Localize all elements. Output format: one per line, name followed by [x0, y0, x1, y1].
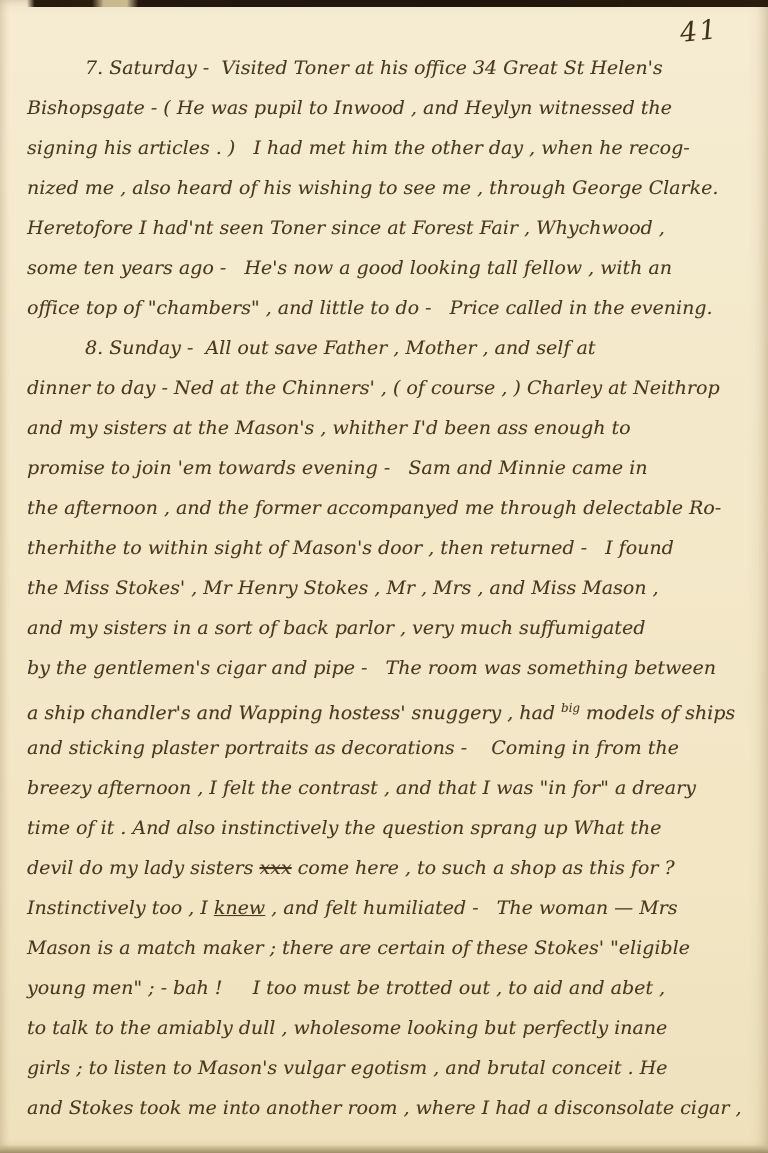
manuscript-line: dinner to day - Ned at the Chinners' , (…	[27, 368, 762, 408]
manuscript-segment: 7. Saturday - Visited Toner at his offic…	[85, 57, 663, 79]
manuscript-line: Mason is a match maker ; there are certa…	[27, 928, 762, 968]
manuscript-segment: Mason is a match maker ; there are certa…	[27, 937, 690, 959]
manuscript-segment: some ten years ago - He's now a good loo…	[27, 257, 672, 279]
manuscript-line: and my sisters at the Mason's , whither …	[27, 408, 762, 448]
manuscript-page: 41 7. Saturday - Visited Toner at his of…	[0, 0, 768, 1153]
manuscript-segment: , and felt humiliated - The woman — Mrs	[265, 897, 677, 919]
manuscript-line: girls ; to listen to Mason's vulgar egot…	[27, 1048, 762, 1088]
manuscript-line: office top of "chambers" , and little to…	[27, 288, 762, 328]
manuscript-line: time of it . And also instinctively the …	[27, 808, 762, 848]
manuscript-line: the afternoon , and the former accompany…	[27, 488, 762, 528]
manuscript-line: by the gentlemen's cigar and pipe - The …	[27, 648, 762, 688]
manuscript-line: and sticking plaster portraits as decora…	[27, 728, 762, 768]
manuscript-line: 8. Sunday - All out save Father , Mother…	[27, 328, 762, 368]
manuscript-line: devil do my lady sisters xxx come here ,…	[27, 848, 762, 888]
manuscript-segment: devil do my lady sisters	[27, 857, 259, 879]
manuscript-segment: promise to join 'em towards evening - Sa…	[27, 457, 647, 479]
manuscript-segment: the Miss Stokes' , Mr Henry Stokes , Mr …	[27, 577, 659, 599]
manuscript-segment: breezy afternoon , I felt the contrast ,…	[27, 777, 696, 799]
manuscript-segment: by the gentlemen's cigar and pipe - The …	[27, 657, 716, 679]
manuscript-segment: office top of "chambers" , and little to…	[27, 297, 713, 319]
manuscript-segment: nized me , also heard of his wishing to …	[27, 177, 718, 199]
manuscript-segment: 8. Sunday - All out save Father , Mother…	[85, 337, 595, 359]
manuscript-segment: and Stokes took me into another room , w…	[27, 1097, 742, 1119]
manuscript-segment: Instinctively too , I	[27, 897, 214, 919]
manuscript-line: some ten years ago - He's now a good loo…	[27, 248, 762, 288]
manuscript-line: breezy afternoon , I felt the contrast ,…	[27, 768, 762, 808]
manuscript-line: and my sisters in a sort of back parlor …	[27, 608, 762, 648]
manuscript-line: Heretofore I had'nt seen Toner since at …	[27, 208, 762, 248]
page-number: 41	[678, 14, 719, 49]
manuscript-line: nized me , also heard of his wishing to …	[27, 168, 762, 208]
manuscript-line: a ship chandler's and Wapping hostess' s…	[27, 688, 762, 728]
manuscript-line: the Miss Stokes' , Mr Henry Stokes , Mr …	[27, 568, 762, 608]
manuscript-segment: to talk to the amiably dull , wholesome …	[27, 1017, 667, 1039]
manuscript-line: and Stokes took me into another room , w…	[27, 1088, 762, 1128]
manuscript-segment-strike: xxx	[259, 857, 291, 879]
manuscript-segment: Bishopsgate - ( He was pupil to Inwood ,…	[27, 97, 672, 119]
manuscript-line: promise to join 'em towards evening - Sa…	[27, 448, 762, 488]
manuscript-line: Bishopsgate - ( He was pupil to Inwood ,…	[27, 88, 762, 128]
manuscript-segment-sup: big	[561, 701, 580, 715]
manuscript-segment: therhithe to within sight of Mason's doo…	[27, 537, 674, 559]
manuscript-line: to talk to the amiably dull , wholesome …	[27, 1008, 762, 1048]
manuscript-line: signing his articles . ) I had met him t…	[27, 128, 762, 168]
manuscript-line: therhithe to within sight of Mason's doo…	[27, 528, 762, 568]
manuscript-segment: models of ships	[580, 702, 735, 724]
manuscript-segment: signing his articles . ) I had met him t…	[27, 137, 690, 159]
manuscript-text: 7. Saturday - Visited Toner at his offic…	[27, 48, 762, 1128]
page-top-edge	[0, 0, 768, 7]
manuscript-segment: come here , to such a shop as this for ?	[292, 857, 675, 879]
page-bottom-edge	[0, 1145, 768, 1153]
manuscript-line: 7. Saturday - Visited Toner at his offic…	[27, 48, 762, 88]
manuscript-segment: time of it . And also instinctively the …	[27, 817, 661, 839]
manuscript-line: young men" ; - bah ! I too must be trott…	[27, 968, 762, 1008]
manuscript-line: Instinctively too , I knew , and felt hu…	[27, 888, 762, 928]
manuscript-segment: young men" ; - bah ! I too must be trott…	[27, 977, 665, 999]
manuscript-segment: and my sisters in a sort of back parlor …	[27, 617, 645, 639]
manuscript-segment: dinner to day - Ned at the Chinners' , (…	[27, 377, 720, 399]
manuscript-segment: and my sisters at the Mason's , whither …	[27, 417, 631, 439]
manuscript-segment: a ship chandler's and Wapping hostess' s…	[27, 702, 561, 724]
manuscript-segment: the afternoon , and the former accompany…	[27, 497, 721, 519]
manuscript-segment: Heretofore I had'nt seen Toner since at …	[27, 217, 665, 239]
manuscript-segment: and sticking plaster portraits as decora…	[27, 737, 679, 759]
manuscript-segment: girls ; to listen to Mason's vulgar egot…	[27, 1057, 667, 1079]
manuscript-segment-u: knew	[214, 897, 265, 919]
